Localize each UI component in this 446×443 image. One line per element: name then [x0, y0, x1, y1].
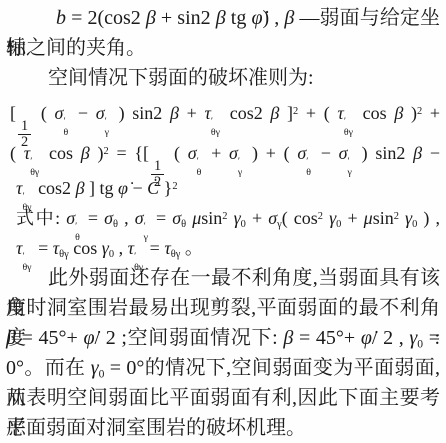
- math-symbol: μ: [364, 208, 373, 228]
- math-text: ) + (: [244, 143, 297, 163]
- sup-sub-stack: ′θγ: [22, 252, 31, 273]
- math-symbol: σ: [135, 208, 144, 228]
- math-text: ): [403, 103, 417, 123]
- math-text: sin: [373, 208, 394, 228]
- math-text: +: [203, 143, 229, 163]
- math-symbol: σ: [297, 143, 306, 163]
- math-text: / 2 ;空间弱面情况下:: [95, 327, 284, 349]
- math-text: = 45°+: [16, 327, 84, 349]
- paragraph1-line1: b = 2(cos2 β + sin2 β tg φ̇) , β —弱面与给定坐…: [6, 3, 440, 33]
- math-text: 。: [180, 238, 203, 258]
- math-symbol: σ: [268, 208, 277, 228]
- superscript: 2: [172, 181, 177, 192]
- math-symbol: σ: [229, 143, 238, 163]
- math-text: + sin2: [156, 7, 216, 29]
- math-text: −: [313, 143, 339, 163]
- formula-line-2: ( τ′θγ cos β )2 = {[12 ( σ′θ + σ′γ ) + (…: [6, 133, 440, 173]
- math-symbol: β: [6, 327, 16, 349]
- sup-sub-stack: ′θ: [197, 157, 202, 178]
- math-symbol: β: [284, 7, 294, 29]
- paragraph3-line5: 而表明空间弱面比平面弱面有利,因此下面主要考虑: [6, 383, 440, 413]
- math-text: 式中:: [16, 208, 66, 228]
- paragraph3-line4: 0°。而在 γ0 = 0°的情况下,空间弱面变为平面弱面,从: [6, 353, 440, 383]
- math-symbol: σ: [55, 103, 64, 123]
- subscript: θγ: [171, 249, 181, 260]
- sup-sub-stack: ′θ: [306, 157, 311, 178]
- document-page: b = 2(cos2 β + sin2 β tg φ̇) , β —弱面与给定坐…: [0, 0, 446, 443]
- math-symbol: Ċ: [147, 178, 159, 198]
- math-text: (: [33, 103, 54, 123]
- math-text: −: [422, 143, 440, 163]
- math-symbol: σ: [104, 208, 113, 228]
- math-text: ,: [118, 208, 135, 228]
- math-symbol: β: [216, 7, 226, 29]
- math-symbol: φ̇: [118, 178, 128, 198]
- math-text: +: [341, 208, 363, 228]
- math-text: 0°。而在: [6, 357, 91, 379]
- math-text: ] tg: [85, 178, 119, 198]
- paragraph1-line2: 轴之间的夹角。: [6, 33, 440, 63]
- math-symbol: β: [394, 103, 403, 123]
- math-symbol: σ: [96, 103, 105, 123]
- math-text: = 2(cos2: [66, 7, 146, 29]
- math-text: =: [145, 238, 164, 258]
- definitions-line-1: 式中: σ′θ = σθ , σ′γ = σθ μsin2 γ0 + σγ( c…: [6, 203, 440, 233]
- math-text: }: [159, 178, 172, 198]
- paragraph3-line6: 平面弱面对洞室围岩的破坏机理。: [6, 413, 440, 443]
- math-symbol: γ: [102, 238, 109, 258]
- math-text: =: [34, 238, 53, 258]
- math-text: ) ,: [263, 7, 285, 29]
- sup-sub-stack: ′γ: [348, 157, 352, 178]
- math-text: cos: [41, 143, 80, 163]
- paragraph3-line3: β = 45°+ φ̇/ 2 ;空间弱面情况下: β = 45°+ φ̇/ 2 …: [6, 323, 440, 353]
- math-text: cos2: [34, 178, 76, 198]
- math-text: ( cos: [282, 208, 318, 228]
- math-text: cos2: [222, 103, 270, 123]
- math-symbol: σ: [188, 143, 197, 163]
- paragraph3-line1: 此外弱面还存在一最不利角度,当弱面具有该角: [6, 263, 440, 293]
- math-text: =: [150, 208, 172, 228]
- math-symbol: β: [76, 178, 85, 198]
- math-symbol: β: [413, 143, 422, 163]
- sup-sub-stack: ′γ: [238, 157, 242, 178]
- math-symbol: γ: [91, 357, 99, 379]
- math-symbol: σ: [339, 143, 348, 163]
- math-text: [: [10, 103, 16, 123]
- subscript: θγ: [59, 249, 69, 260]
- math-symbol: μ: [192, 208, 201, 228]
- math-text: + (: [298, 103, 337, 123]
- math-symbol: β: [270, 103, 279, 123]
- math-symbol: σ: [66, 208, 75, 228]
- math-symbol: φ̇: [361, 327, 372, 349]
- math-symbol: φ̇: [251, 7, 262, 29]
- math-text: ) ,: [417, 208, 440, 228]
- math-text: +: [179, 103, 205, 123]
- formula-line-3: τ′θγ cos2 β ] tg φ̇ − Ċ }2: [6, 173, 440, 203]
- math-text: +: [422, 103, 440, 123]
- definitions-line-2: τ′θγ = τθγ cos γ0 , τ′θγ = τθγ 。: [6, 233, 440, 263]
- math-text: cos: [355, 103, 394, 123]
- paragraph3-line2: 度时洞室围岩最易出现剪裂,平面弱面的最不利角度:: [6, 293, 440, 323]
- math-text: cos: [69, 238, 102, 258]
- math-symbol: γ: [234, 208, 241, 228]
- math-symbol: β: [170, 103, 179, 123]
- math-text: −: [70, 103, 96, 123]
- math-text: −: [128, 178, 147, 198]
- math-text: ) sin2: [111, 103, 170, 123]
- math-text: =: [423, 327, 440, 349]
- math-text: = 45°+: [293, 327, 361, 349]
- math-text: sin: [201, 208, 222, 228]
- math-text: ,: [114, 238, 128, 258]
- paragraph2-line1: 空间情况下弱面的破坏准则为:: [6, 63, 440, 93]
- math-symbol: σ: [172, 208, 181, 228]
- math-text: =: [82, 208, 104, 228]
- formula-line-1: [12 ( σ′θ − σ′γ ) sin2 β + τ′θγ cos2 β ]…: [6, 93, 440, 133]
- math-symbol: b: [56, 7, 66, 29]
- math-text: = {[: [109, 143, 149, 163]
- math-text: (: [10, 143, 24, 163]
- superscript: 2: [222, 211, 227, 222]
- math-text: tg: [226, 7, 252, 29]
- math-text: ]: [279, 103, 293, 123]
- math-symbol: φ̇: [83, 327, 94, 349]
- math-symbol: β: [81, 143, 90, 163]
- math-symbol: β: [146, 7, 156, 29]
- math-text: ): [90, 143, 104, 163]
- math-text: +: [246, 208, 268, 228]
- math-symbol: β: [283, 327, 293, 349]
- math-text: / 2 ,: [372, 327, 410, 349]
- math-text: ) sin2: [354, 143, 413, 163]
- math-text: (: [166, 143, 187, 163]
